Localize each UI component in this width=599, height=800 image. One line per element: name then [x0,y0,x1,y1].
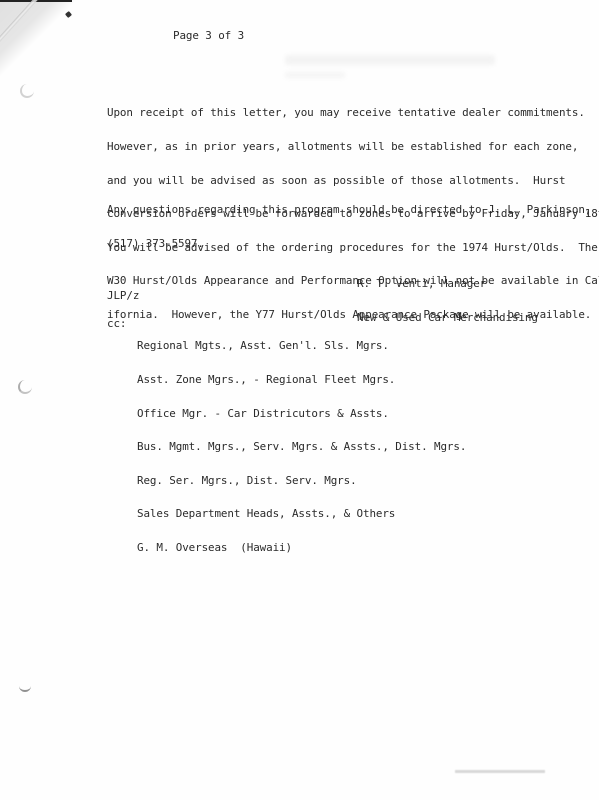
typist-initials: JLP/z [107,290,139,301]
bleed-through-footer [455,770,545,773]
cc-label: cc: [107,318,126,329]
cc-recipient: Sales Department Heads, Assts., & Others [137,508,466,519]
cc-recipient: Bus. Mgmt. Mgrs., Serv. Mgrs. & Assts., … [137,441,466,452]
text-line: Upon receipt of this letter, you may rec… [107,107,599,118]
punch-hole-icon [18,380,32,394]
text-line: However, as in prior years, allotments w… [107,141,599,152]
cc-recipient-list: Regional Mgts., Asst. Gen'l. Sls. Mgrs. … [137,318,466,576]
cc-recipient: Office Mgr. - Car Districutors & Assts. [137,408,466,419]
scanned-letter-page: Page 3 of 3 Upon receipt of this letter,… [0,0,599,800]
punch-hole-icon [19,684,31,692]
page-number: Page 3 of 3 [173,30,244,41]
bleed-through-heading [285,55,495,65]
signatory-name-title: R. T. Venti, Manager [357,278,538,289]
cc-recipient: Regional Mgts., Asst. Gen'l. Sls. Mgrs. [137,340,466,351]
text-line: Any questions regarding this program sho… [107,204,591,215]
cc-recipient: Asst. Zone Mgrs., - Regional Fleet Mgrs. [137,374,466,385]
text-line: (517) 373-5597. [107,238,591,249]
punch-hole-icon [20,84,34,98]
cc-recipient: Reg. Ser. Mgrs., Dist. Serv. Mgrs. [137,475,466,486]
bleed-through-subheading [285,72,345,78]
cc-recipient: G. M. Overseas (Hawaii) [137,542,466,553]
